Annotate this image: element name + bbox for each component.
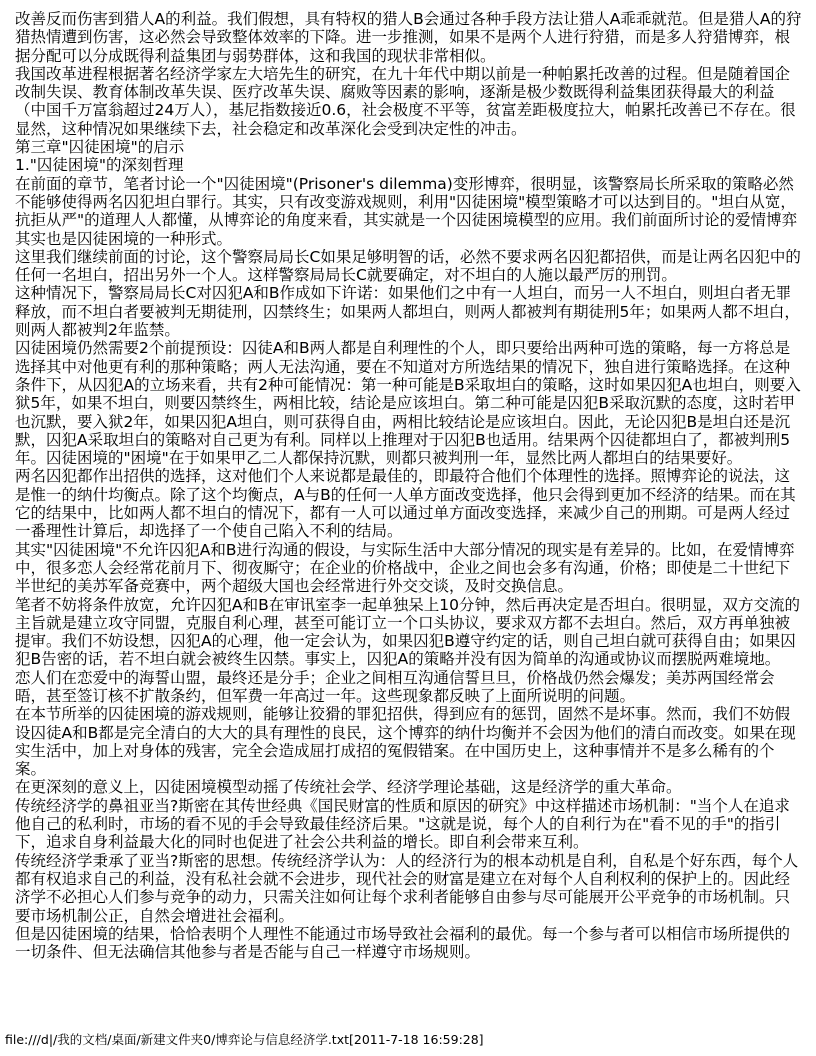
paragraph: 第三章"囚徒困境"的启示 xyxy=(15,138,804,156)
paragraph: 但是囚徒困境的结果，恰恰表明个人理性不能通过市场导致社会福利的最优。每一个参与者… xyxy=(15,925,804,962)
paragraph: 笔者不妨将条件放宽，允许囚犯A和B在审讯室李一起单独呆上10分钟，然后再决定是否… xyxy=(15,596,804,669)
paragraph: 传统经济学的鼻祖亚当?斯密在其传世经典《国民财富的性质和原因的研究》中这样描述市… xyxy=(15,797,804,852)
document-body: 改善反而伤害到猎人A的利益。我们假想，具有特权的猎人B会通过各种手段方法让猎人A… xyxy=(15,10,804,961)
paragraph: 其实"囚徒困境"不允许囚犯A和B进行沟通的假设，与实际生活中大部分情况的现实是有… xyxy=(15,541,804,596)
paragraph: 这里我们继续前面的讨论，这个警察局局长C如果足够明智的话，必然不要求两名囚犯都招… xyxy=(15,248,804,285)
paragraph: 传统经济学秉承了亚当?斯密的思想。传统经济学认为：人的经济行为的根本动机是自利，… xyxy=(15,852,804,925)
paragraph: 在前面的章节，笔者讨论一个"囚徒困境"(Prisoner's dilemma)变… xyxy=(15,175,804,248)
document-page: 改善反而伤害到猎人A的利益。我们假想，具有特权的猎人B会通过各种手段方法让猎人A… xyxy=(0,0,816,1056)
paragraph: 这种情况下，警察局局长C对囚犯A和B作成如下许诺：如果他们之中有一人坦白，而另一… xyxy=(15,284,804,339)
paragraph: 囚徒困境仍然需要2个前提预设：囚徒A和B两人都是自利理性的个人，即只要给出两种可… xyxy=(15,339,804,467)
paragraph: 恋人们在恋爱中的海誓山盟，最终还是分手；企业之间相互沟通信誓旦旦，价格战仍然会爆… xyxy=(15,669,804,706)
paragraph: 在更深刻的意义上，囚徒困境模型动摇了传统社会学、经济学理论基础，这是经济学的重大… xyxy=(15,778,804,796)
paragraph: 两名囚犯都作出招供的选择，这对他们个人来说都是最佳的，即最符合他们个体理性的选择… xyxy=(15,467,804,540)
paragraph: 我国改革进程根据著名经济学家左大培先生的研究，在九十年代中期以前是一种帕累托改善… xyxy=(15,65,804,138)
paragraph: 1."囚徒困境"的深刻哲理 xyxy=(15,156,804,174)
footer-file-url: file:///d|/我的文档/桌面/新建文件夹0/博弈论与信息经济学.txt[… xyxy=(5,1032,811,1048)
paragraph: 在本节所举的囚徒困境的游戏规则，能够让狡猾的罪犯招供，得到应有的惩罚，固然不是坏… xyxy=(15,705,804,778)
paragraph: 改善反而伤害到猎人A的利益。我们假想，具有特权的猎人B会通过各种手段方法让猎人A… xyxy=(15,10,804,65)
